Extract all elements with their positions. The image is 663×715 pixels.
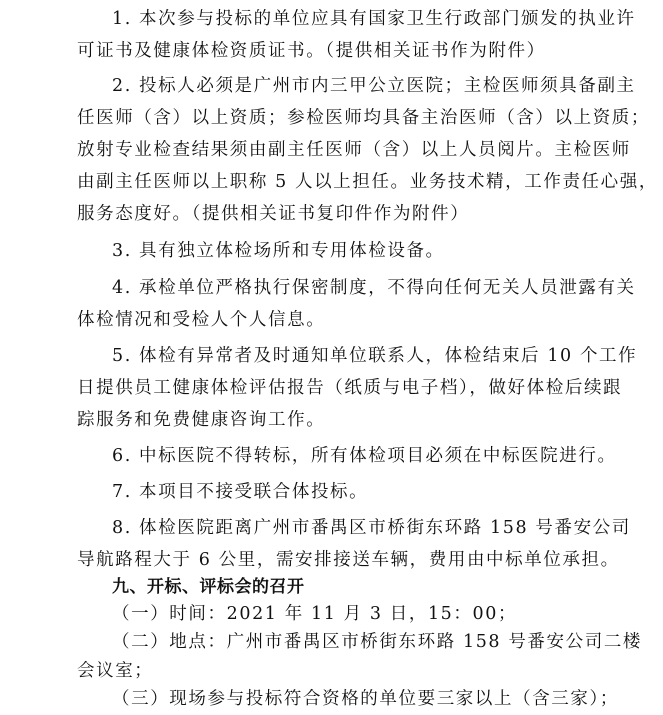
section-heading: 九、开标、评标会的召开 bbox=[112, 576, 592, 598]
section-item-1-line-1: （一）时间：2021 年 11 月 3 日，15：00； bbox=[112, 603, 628, 625]
item-4-line-2: 体检情况和受检人个人信息。 bbox=[77, 309, 593, 331]
item-3-line-1: 3. 具有独立体检场所和专用体检设备。 bbox=[112, 240, 592, 262]
item-8-line-1: 8. 体检医院距离广州市番禺区市桥街东环路 158 号番安公司 bbox=[112, 517, 592, 539]
item-5-line-1: 5. 体检有异常者及时通知单位联系人，体检结束后 10 个工作 bbox=[112, 345, 592, 367]
item-2-line-4: 由副主任医师以上职称 5 人以上担任。业务技术精，工作责任心强， bbox=[77, 171, 593, 193]
item-6-line-1: 6. 中标医院不得转标，所有体检项目必须在中标医院进行。 bbox=[112, 445, 592, 467]
section-item-3-line-1: （三）现场参与投标符合资格的单位要三家以上（含三家）； bbox=[112, 688, 628, 710]
item-2-line-2: 任医师（含）以上资质；参检医师均具备主治医师（含）以上资质； bbox=[77, 107, 593, 129]
section-item-2-line-2: 会议室； bbox=[77, 660, 593, 682]
item-2-line-3: 放射专业检查结果须由副主任医师（含）以上人员阅片。主检医师 bbox=[77, 139, 593, 161]
item-2-line-1: 2. 投标人必须是广州市内三甲公立医院；主检医师须具备副主 bbox=[112, 75, 592, 97]
section-item-2-line-1: （二）地点：广州市番禺区市桥街东环路 158 号番安公司二楼 bbox=[112, 631, 628, 653]
item-7-line-1: 7. 本项目不接受联合体投标。 bbox=[112, 481, 592, 503]
item-2-line-5: 服务态度好。（提供相关证书复印件作为附件） bbox=[77, 203, 593, 225]
item-1-line-2: 可证书及健康体检资质证书。（提供相关证书作为附件） bbox=[77, 40, 593, 62]
item-5-line-3: 踪服务和免费健康咨询工作。 bbox=[77, 409, 593, 431]
item-4-line-1: 4. 承检单位严格执行保密制度，不得向任何无关人员泄露有关 bbox=[112, 277, 592, 299]
item-5-line-2: 日提供员工健康体检评估报告（纸质与电子档），做好体检后续跟 bbox=[77, 377, 593, 399]
item-1-line-1: 1. 本次参与投标的单位应具有国家卫生行政部门颁发的执业许 bbox=[112, 8, 592, 30]
item-8-line-2: 导航路程大于 6 公里，需安排接送车辆，费用由中标单位承担。 bbox=[77, 549, 593, 571]
